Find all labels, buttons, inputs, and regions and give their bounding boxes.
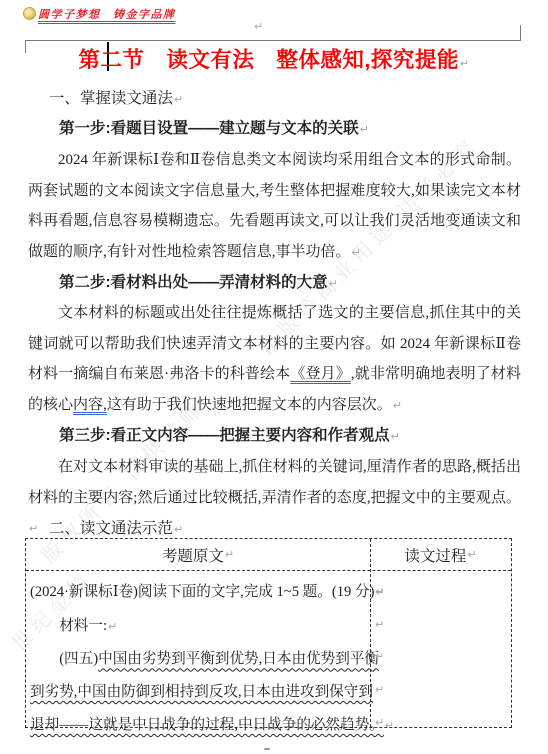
step1-heading: 第一步:看题目设置——建立题与文本的关联↵ (28, 114, 521, 146)
section-heading-1-text: 一、掌握读文通法 (28, 90, 173, 107)
paragraph-mark: ↵ (391, 430, 400, 443)
step1-paragraph: 2024 年新课标Ⅰ卷和Ⅱ卷信息类文本阅读均采用组合文本的形式命制。两套试题的文… (28, 145, 521, 268)
document-page: 世纪金榜 版权所有 仅供教师 出版等商业用途 违者必究 圆学子梦想 铸金字品牌 … (0, 0, 548, 754)
page-number-fragment (264, 748, 270, 750)
step2-paragraph: 文本材料的标题或出处往往提炼概括了选文的主要信息,抓住其中的关键词就可以帮助我们… (28, 298, 521, 421)
step3-heading: 第三步:看正文内容——把握主要内容和作者观点↵ (28, 421, 521, 453)
paragraph-mark: ↵ (375, 674, 384, 707)
exam-source-line: (2024·新课标Ⅰ卷)阅读下面的文字,完成 1~5 题。(19 分)↵ (30, 576, 364, 610)
quote-wavy-text-1: 中国由劣势到平衡到优势,日本由优势到平衡 (98, 651, 379, 667)
reading-method-table: 考题原文↵ 读文过程↵ (2024·新课标Ⅰ卷)阅读下面的文字,完成 1~5 题… (25, 538, 512, 728)
step2-paragraph-text-3: 这有助于我们快速地把握文本的内容层次。 (107, 397, 392, 413)
table-header-original-text: 考题原文↵ (26, 539, 370, 570)
quote-wavy-text-2: 到劣势,中国由防御到相持到反攻,日本由进攻到保守到 (30, 684, 373, 700)
book-title-underlined: 《登月》 (290, 366, 351, 382)
page-title-text: 第二节 读文有法 整体感知,探究提能 (78, 48, 458, 72)
paragraph-mark: ↵ (460, 57, 470, 70)
paragraph-mark: ↵ (108, 620, 117, 633)
paragraph-mark: ↵ (375, 707, 384, 740)
step3-heading-text: 第三步:看正文内容——把握主要内容和作者观点 (28, 427, 390, 444)
paragraph-mark: ↵ (375, 576, 384, 609)
step2-heading-text: 第二步:看材料出处——弄清材料的大意 (28, 274, 328, 291)
step2-heading: 第二步:看材料出处——弄清材料的大意↵ (28, 268, 521, 300)
paragraph-mark: ↵ (360, 123, 369, 136)
paragraph-mark: ↵ (254, 20, 263, 33)
table-header-reading-process: 读文过程↵ (370, 539, 511, 570)
material-label-text: 材料一: (59, 618, 107, 634)
step1-paragraph-text: 2024 年新课标Ⅰ卷和Ⅱ卷信息类文本阅读均采用组合文本的形式命制。两套试题的文… (28, 152, 521, 260)
material-label-line: 材料一:↵ (30, 610, 364, 644)
paragraph-mark: ↵ (393, 399, 402, 412)
paragraph-mark: ↵ (174, 93, 183, 106)
quote-wavy-text-3: 退却——这就是中日战争的过程,中日战争的必然趋势。 (30, 717, 384, 733)
paragraph-mark: ↵ (352, 246, 361, 259)
section-heading-1: 一、掌握读文通法↵ (28, 84, 521, 116)
paragraph-mark: ↵ (375, 609, 384, 642)
paragraph-mark: ↵ (467, 548, 476, 561)
exam-source-text: (2024·新课标Ⅰ卷)阅读下面的文字,完成 1~5 题。(19 分) (30, 584, 374, 600)
table-header-reading-process-label: 读文过程 (404, 544, 466, 566)
step1-heading-text: 第一步:看题目设置——建立题与文本的关联 (28, 120, 359, 137)
keyword-underlined: 内容, (73, 397, 107, 413)
section-heading-2-text: 二、读文通法示范 (28, 520, 173, 537)
header-rule (25, 40, 521, 41)
paragraph-mark: ↵ (225, 548, 234, 561)
material-quote-line-1: (四五)中国由劣势到平衡到优势,日本由优势到平衡 (30, 643, 364, 676)
paragraph-mark: ↵ (153, 9, 162, 22)
margin-tick-right (520, 25, 521, 40)
paragraph-mark: ↵ (329, 277, 338, 290)
material-quote-line-2: 到劣势,中国由防御到相持到反攻,日本由进攻到保守到 (30, 676, 364, 709)
table-cell-exam-text: (2024·新课标Ⅰ卷)阅读下面的文字,完成 1~5 题。(19 分)↵ 材料一… (30, 576, 364, 743)
table-cell-reading-process: ↵ ↵ ↵ ↵ ↵ (375, 576, 384, 740)
page-title: 第二节 读文有法 整体感知,探究提能↵ (0, 43, 548, 74)
material-quote-line-3: 退却——这就是中日战争的过程,中日战争的必然趋势。↵ (30, 709, 364, 743)
table-header-original-text-label: 考题原文 (162, 544, 224, 566)
brand-logo-icon (23, 7, 36, 20)
paragraph-mark: ↵ (375, 641, 384, 674)
paragraph-mark: ↵ (174, 523, 183, 536)
table-header-divider (26, 570, 511, 571)
paragraph-mark: ↵ (385, 719, 394, 732)
quote-number: (四五) (59, 651, 98, 667)
step3-paragraph-text: 在对文本材料审读的基础上,抓住材料的关键词,厘清作者的思路,概括出材料的主要内容… (28, 459, 521, 506)
